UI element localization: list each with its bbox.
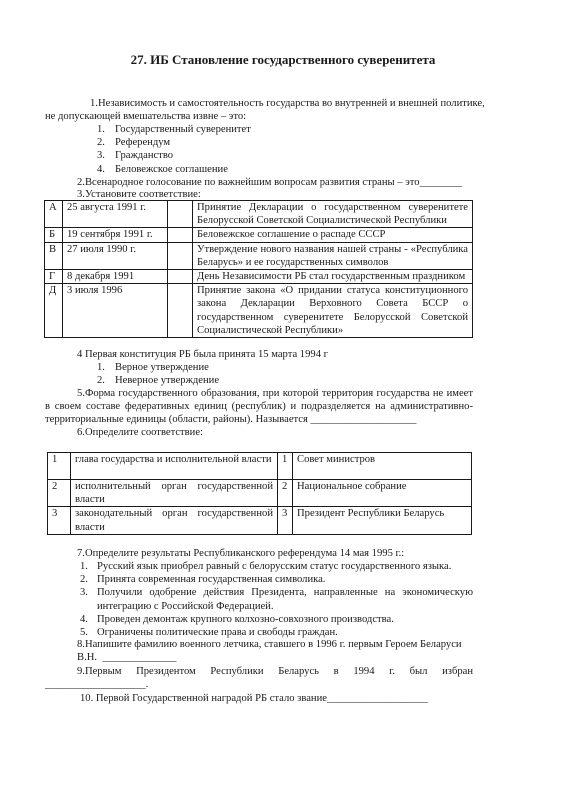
q1-text-line1: 1.Независимость и самостоятельность госу… (90, 97, 485, 110)
q6-right-term: Национальное собрание (293, 480, 472, 507)
q3-row-letter: Г (45, 270, 63, 284)
q3-table-row: Г8 декабря 1991День Независимости РБ ста… (45, 270, 473, 284)
q5-text-line1: 5.Форма государственного образования, пр… (77, 387, 473, 400)
q3-row-date: 27 июля 1990 г. (63, 242, 168, 269)
q3-row-event: Утверждение нового названия нашей страны… (193, 242, 473, 269)
q3-row-event: День Независимости РБ стал государственн… (193, 270, 473, 284)
q3-row-date: 8 декабря 1991 (63, 270, 168, 284)
q3-row-event: Беловежское соглашение о распаде СССР (193, 228, 473, 242)
q10-text: 10. Первой Государственной наградой РБ с… (80, 692, 428, 705)
page-title: 27. ИБ Становление государственного суве… (0, 53, 566, 66)
q6-right-term: Президент Республики Беларусь (293, 507, 472, 534)
q3-matching-table: А25 августа 1991 г.Принятие Декларации о… (44, 200, 473, 338)
q5-text-line3: территориальные единицы (области, районы… (45, 413, 416, 426)
q6-right-term: Совет министров (293, 453, 472, 480)
q6-left-number: 1 (48, 453, 71, 480)
q10-answer-blank[interactable]: ___________________ (327, 693, 428, 704)
q3-table-row: А25 августа 1991 г.Принятие Декларации о… (45, 201, 473, 228)
q3-row-letter: Б (45, 228, 63, 242)
q8-line2: В.Н. ______________ (77, 651, 176, 664)
q6-left-term: законодательный орган государственной вл… (71, 507, 278, 534)
q7-text: 7.Определите результаты Республиканского… (77, 547, 404, 560)
q3-row-answer-cell[interactable] (168, 270, 193, 284)
q6-table-row: 3законодательный орган государственной в… (48, 507, 472, 534)
q6-table-row: 2исполнительный орган государственной вл… (48, 480, 472, 507)
q6-table-row: 1глава государства и исполнительной влас… (48, 453, 472, 480)
q3-row-answer-cell[interactable] (168, 228, 193, 242)
q3-row-answer-cell[interactable] (168, 201, 193, 228)
q3-row-event: Принятие закона «О придании статуса конс… (193, 284, 473, 338)
q6-left-number: 2 (48, 480, 71, 507)
q3-row-letter: Д (45, 284, 63, 338)
q8-text: 8.Напишите фамилию военного летчика, ста… (77, 638, 462, 651)
q3-row-date: 25 августа 1991 г. (63, 201, 168, 228)
q3-row-answer-cell[interactable] (168, 284, 193, 338)
q3-row-letter: А (45, 201, 63, 228)
q2-answer-blank[interactable]: ________ (420, 177, 462, 188)
q5-text-line2: в своем составе федеративных единиц (рес… (45, 400, 473, 413)
q3-table-row: Б19 сентября 1991 г.Беловежское соглашен… (45, 228, 473, 242)
q3-table-row: Д3 июля 1996Принятие закона «О придании … (45, 284, 473, 338)
q9-text: 9.Первым Президентом Республики Беларусь… (77, 665, 473, 678)
q4-text: 4 Первая конституция РБ была принята 15 … (77, 348, 328, 361)
q6-left-number: 3 (48, 507, 71, 534)
q3-table-row: В27 июля 1990 г.Утверждение нового назва… (45, 242, 473, 269)
q3-row-letter: В (45, 242, 63, 269)
q6-text: 6.Определите соответствие: (77, 426, 203, 439)
q1-text-line2: не допускающей вмешательства извне – это… (45, 110, 246, 123)
q8-answer-blank[interactable]: ______________ (102, 652, 176, 663)
q3-row-event: Принятие Декларации о государственном су… (193, 201, 473, 228)
q3-row-answer-cell[interactable] (168, 242, 193, 269)
q6-right-number: 2 (278, 480, 293, 507)
q5-answer-blank[interactable]: ____________________ (311, 414, 417, 425)
q9-line2: ___________________. (45, 678, 148, 691)
q3-row-date: 3 июля 1996 (63, 284, 168, 338)
q6-right-number: 1 (278, 453, 293, 480)
q6-matching-table: 1глава государства и исполнительной влас… (47, 452, 472, 535)
q6-left-term: исполнительный орган государственной вла… (71, 480, 278, 507)
q3-row-date: 19 сентября 1991 г. (63, 228, 168, 242)
q6-left-term: глава государства и исполнительной власт… (71, 453, 278, 480)
q9-answer-blank[interactable]: ___________________ (45, 679, 146, 690)
q6-right-number: 3 (278, 507, 293, 534)
